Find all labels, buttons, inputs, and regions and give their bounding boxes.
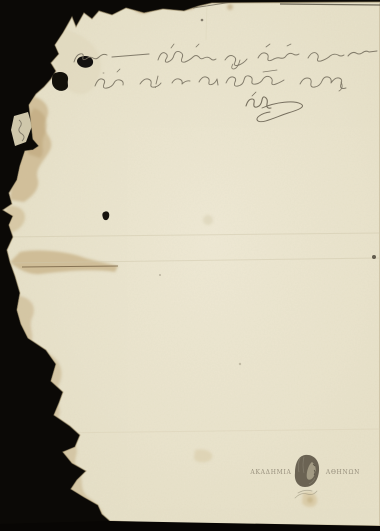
document-scan: ΑΚΑΔΗΜΙΑ ΑΘΗΝΩΝ [0,0,380,531]
stamp-left-text: ΑΚΑΔΗΜΙΑ [249,469,291,476]
scan-image: ΑΚΑΔΗΜΙΑ ΑΘΗΝΩΝ [0,0,380,531]
stamp-right-text: ΑΘΗΝΩΝ [325,469,360,476]
